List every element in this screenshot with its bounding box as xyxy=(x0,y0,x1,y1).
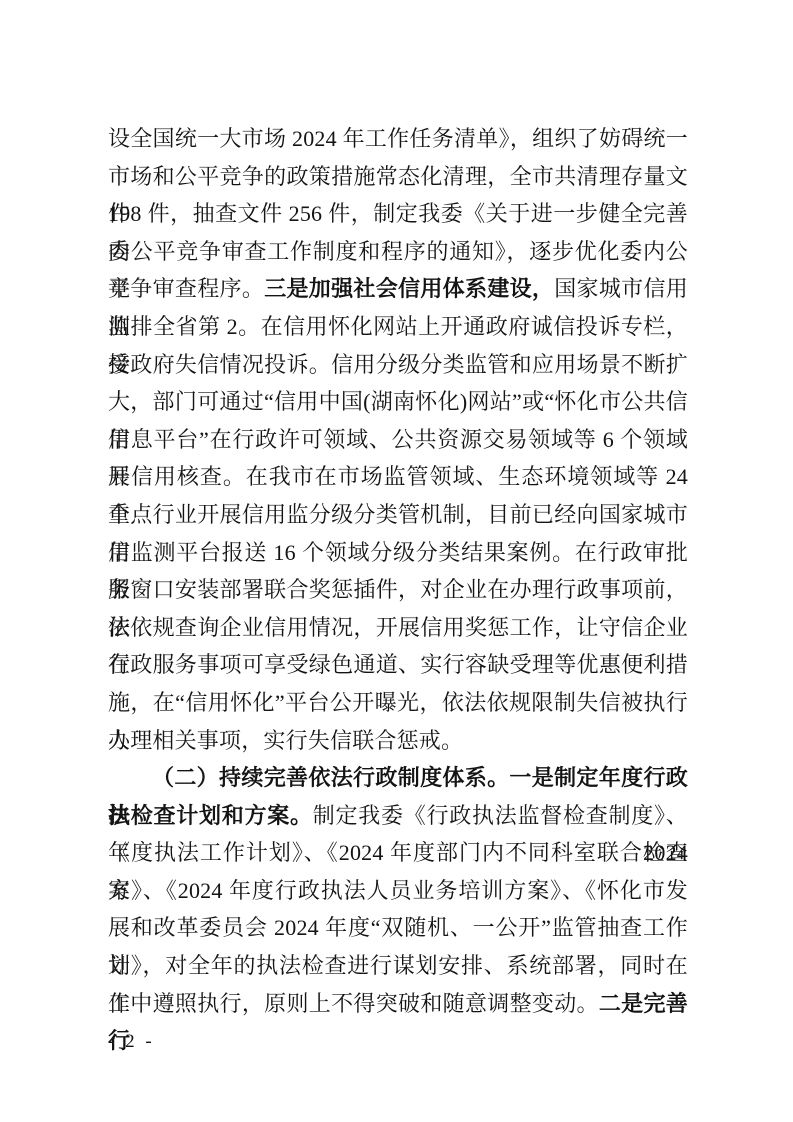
text-run: 竞争审查程序。 xyxy=(108,276,264,301)
text-run: 案》、《2024 年度行政执法人员业务培训方案》、《怀化市发 xyxy=(108,878,688,903)
text-run: 行政服务事项可享受绿色通道、实行容缺受理等优惠便利措 xyxy=(108,652,688,677)
text-line: 测排全省第 2。在信用怀化网站上开通政府诚信投诉专栏，接 xyxy=(108,308,688,346)
text-line: 信息平台”在行政许可领域、公共资源交易领域等 6 个领域开 xyxy=(108,421,688,459)
text-line: 行政服务事项可享受绿色通道、实行容缺受理等优惠便利措 xyxy=(108,646,688,684)
text-line: 内公平竞争审查工作制度和程序的通知》，逐步优化委内公平 xyxy=(108,233,688,271)
text-line: 法检查计划和方案。制定我委《行政执法监督检查制度》、《2024 xyxy=(108,797,688,835)
page-footer: - 2 - xyxy=(108,1031,155,1053)
text-run: 作中遵照执行，原则上不得突破和随意调整变动。 xyxy=(108,991,599,1016)
emphasis-run: 法检查计划和方案。 xyxy=(108,803,313,828)
text-line: 市场和公平竞争的政策措施常态化清理，全市共清理存量文件 xyxy=(108,158,688,196)
text-line: 年度执法工作计划》、《2024 年度部门内不同科室联合检查方 xyxy=(108,834,688,872)
text-run: 受政府失信情况投诉。信用分级分类监管和应用场景不断扩 xyxy=(108,352,688,377)
text-line: 案》、《2024 年度行政执法人员业务培训方案》、《怀化市发 xyxy=(108,872,688,910)
text-line: 务窗口安装部署联合奖惩插件，对企业在办理行政事项前，依 xyxy=(108,571,688,609)
text-line: 划》，对全年的执法检查进行谋划安排、系统部署，同时在工 xyxy=(108,947,688,985)
text-line: 大，部门可通过“信用中国(湖南怀化)网站”或“怀化市公共信用 xyxy=(108,383,688,421)
emphasis-run: 三是加强社会信用体系建设， xyxy=(264,276,554,301)
document-body: 设全国统一大市场 2024 年工作任务清单》，组织了妨碍统一市场和公平竞争的政策… xyxy=(108,120,688,1022)
text-run: 设全国统一大市场 2024 年工作任务清单》，组织了妨碍统一 xyxy=(108,126,688,151)
text-line: 用监测平台报送 16 个领域分级分类结果案例。在行政审批服 xyxy=(108,534,688,572)
text-line: 作中遵照执行，原则上不得突破和随意调整变动。二是完善行 xyxy=(108,985,688,1023)
text-line: （二）持续完善依法行政制度体系。一是制定年度行政执 xyxy=(108,759,688,797)
text-line: 展和改革委员会 2024 年度“双随机、一公开”监管抽查工作计 xyxy=(108,909,688,947)
text-line: 重点行业开展信用监分级分类管机制，目前已经向国家城市信 xyxy=(108,496,688,534)
text-line: 法依规查询企业信用情况，开展信用奖惩工作，让守信企业在 xyxy=(108,609,688,647)
text-line: 竞争审查程序。三是加强社会信用体系建设，国家城市信用监 xyxy=(108,270,688,308)
text-line: 设全国统一大市场 2024 年工作任务清单》，组织了妨碍统一 xyxy=(108,120,688,158)
text-line: 施，在“信用怀化”平台公开曝光，依法依规限制失信被执行人 xyxy=(108,684,688,722)
document-page: 设全国统一大市场 2024 年工作任务清单》，组织了妨碍统一市场和公平竞争的政策… xyxy=(0,0,793,1122)
text-line: 展信用核查。在我市在市场监管领域、生态环境领域等 24 个 xyxy=(108,458,688,496)
page-number: - 2 - xyxy=(108,1031,155,1052)
text-line: 受政府失信情况投诉。信用分级分类监管和应用场景不断扩 xyxy=(108,346,688,384)
text-line: 办理相关事项，实行失信联合惩戒。 xyxy=(108,722,688,760)
text-run: 办理相关事项，实行失信联合惩戒。 xyxy=(108,728,463,753)
text-line: 198 件，抽查文件 256 件，制定我委《关于进一步健全完善委 xyxy=(108,195,688,233)
